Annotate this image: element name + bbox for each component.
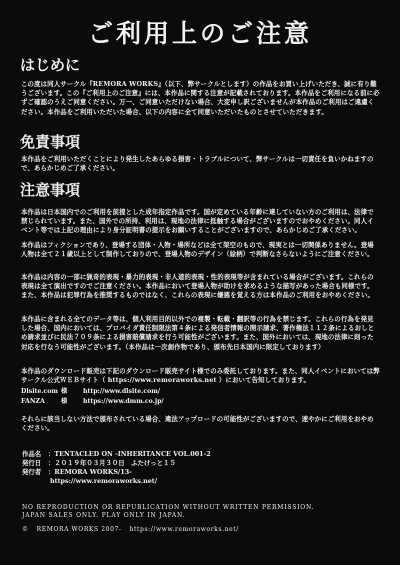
note-age-restriction: 本作品は日本国内でのご利用を前提とした成年指定作品です。国が定めている年齢に達し…: [21, 208, 380, 236]
shop-honorific: 様: [61, 387, 83, 397]
legal-line-1: NO REPRODUCTION OR REPUBLICATION WITHOUT…: [22, 504, 314, 512]
copyright-link[interactable]: https://www.remoraworks.net/: [130, 526, 239, 533]
note-distribution: 本作品のダウンロード販売は下記のダウンロード販売サイト様でのみ委託しております。…: [21, 367, 380, 385]
credit-label: 発行日: [22, 459, 48, 468]
copyright-line: © REMORA WORKS 2007- https://www.remoraw…: [22, 526, 239, 533]
shop-list: Dlsite.com 様 http://www.dlsite.com/ FANZ…: [21, 387, 164, 406]
notes-heading: 注意事項: [20, 181, 80, 199]
credit-date: 発行日： ２０１９年０３月３０日 ふたけっと１５: [22, 459, 211, 468]
note-illegal-upload: それらに該当しない方法で頒布されている場合、違法アップロードの可能性がございます…: [21, 415, 380, 433]
credit-label: 発行者: [22, 468, 48, 477]
legal-notice: NO REPRODUCTION OR REPUBLICATION WITHOUT…: [22, 504, 314, 520]
shop-link[interactable]: http://www.dlsite.com/: [83, 387, 160, 397]
shop-name: FANZA: [21, 397, 61, 407]
disclaimer-text: 本作品をご利用いただくことにより発生したあらゆる損害・トラブルについて、弊サーク…: [21, 155, 380, 173]
note-copyright: 本作品に含まれる全てのデータ等は、個人利用目的以外での複製・転載・翻訳等の行為を…: [21, 315, 380, 352]
page-title: ご利用上のご注意: [20, 0, 380, 49]
shop-row: FANZA 様 https://www.dmm.co.jp/: [21, 397, 164, 407]
publisher-link[interactable]: https://www.remoraworks.net/: [50, 477, 157, 485]
intro-text: この度は同人サークル『REMORA WORKS』（以下、弊サークルとします）の作…: [21, 80, 380, 117]
copyright-icon: ©: [22, 526, 29, 533]
disclaimer-heading: 免責事項: [20, 133, 80, 151]
credits-block: 作品名： TENTACLED ON -INHERITANCE VOL.001-2…: [22, 450, 211, 486]
legal-line-2: JAPAN SALES ONLY. PLAY ONLY IN JAPAN.: [22, 512, 314, 520]
shop-honorific: 様: [61, 397, 83, 407]
release-date: ２０１９年０３月３０日 ふたけっと１５: [54, 459, 175, 468]
note-content-warning: 本作品は内容の一部に猟奇的表現・暴力的表現・非人道的表現・性的表現等が含まれてい…: [21, 273, 380, 301]
intro-heading: はじめに: [20, 56, 80, 74]
usage-notice-page: ご利用上のご注意 はじめに この度は同人サークル『REMORA WORKS』（以…: [0, 0, 400, 565]
shop-row: Dlsite.com 様 http://www.dlsite.com/: [21, 387, 164, 397]
work-title: TENTACLED ON -INHERITANCE VOL.001-2: [54, 450, 210, 459]
note-fiction: 本作品はフィクションであり、登場する団体・人物・場所などは全て架空のもので、現実…: [21, 241, 380, 259]
copyright-holder: REMORA WORKS 2007-: [37, 526, 122, 533]
credit-publisher: 発行者： REMORA WORKS/13-: [22, 468, 211, 477]
credit-work: 作品名： TENTACLED ON -INHERITANCE VOL.001-2: [22, 450, 211, 459]
shop-name: Dlsite.com: [21, 387, 61, 397]
shop-link[interactable]: https://www.dmm.co.jp/: [83, 397, 164, 407]
publisher-name: REMORA WORKS/13-: [54, 468, 131, 477]
publisher-url-row: https://www.remoraworks.net/: [22, 477, 211, 486]
credit-label: 作品名: [22, 450, 48, 459]
